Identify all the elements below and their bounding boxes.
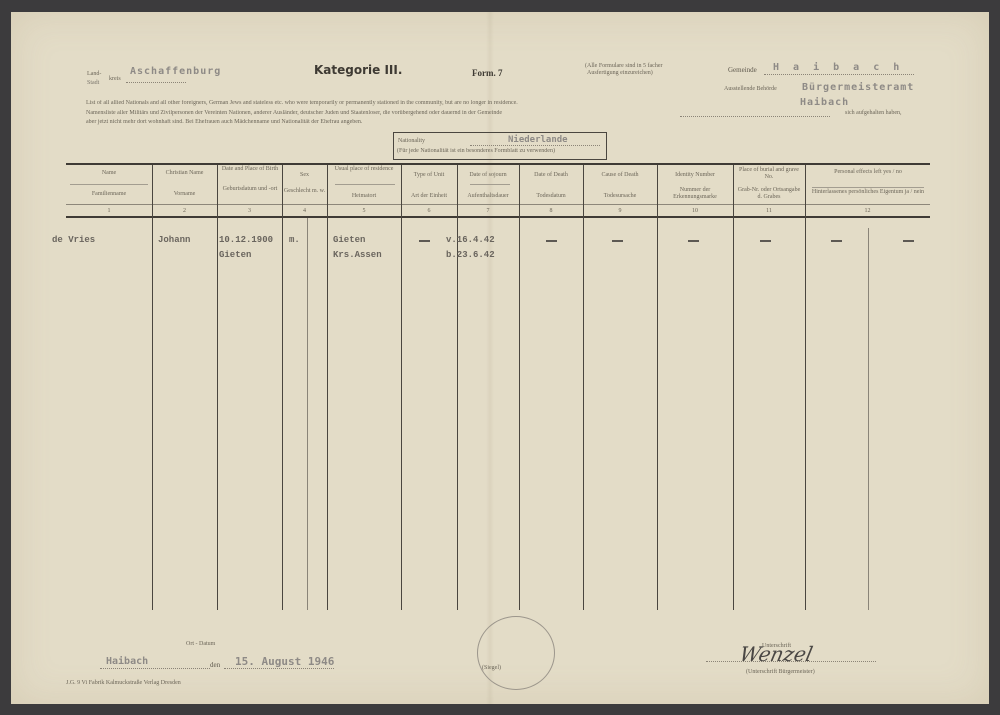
col-2-de: Vorname	[152, 191, 217, 198]
cell-residence-line2: Krs.Assen	[333, 250, 382, 260]
cell-birth-place: Gieten	[219, 250, 251, 260]
form-number: Form. 7	[472, 68, 503, 78]
hdr-subrule-12	[812, 187, 924, 188]
col-sex-split	[307, 218, 308, 610]
col-11-en: Place of burial and grave No.	[738, 167, 800, 181]
col-3-num: 3	[217, 208, 282, 214]
signer-title: (Unterschrift Bürgermeister)	[746, 669, 815, 676]
nationality-box	[393, 132, 607, 160]
table-top-rule	[66, 163, 930, 165]
place-value: Haibach	[106, 656, 148, 667]
col-4-en: Sex	[282, 172, 327, 179]
place-underline	[100, 668, 210, 669]
col-effects-split	[868, 228, 869, 610]
intro-line-3: aber jetzt nicht mehr dort wohnhaft sind…	[86, 119, 646, 126]
col-11-num: 11	[733, 208, 805, 214]
col-2-en: Christian Name	[152, 170, 217, 177]
col-12-num: 12	[805, 208, 930, 214]
col-divider-4	[327, 165, 328, 610]
behoerde-label: Ausstellende Behörde	[724, 86, 777, 93]
cell-name: de Vries	[52, 235, 95, 245]
col-9-de: Todesursache	[583, 193, 657, 200]
signature: Wenzel	[737, 642, 815, 666]
nationality-note: (Für jede Nationalität ist ein besondere…	[397, 148, 603, 155]
gemeinde-value: H a i b a c h	[773, 62, 903, 73]
col-8-en: Date of Death	[519, 172, 583, 179]
intro-underline	[680, 116, 830, 117]
kreis-underline	[126, 82, 186, 83]
col-8-num: 8	[519, 208, 583, 214]
form-note-line1: (Alle Formulare sind in 5 facher	[585, 63, 662, 70]
col-2-num: 2	[152, 208, 217, 214]
col-5-en: Usual place of residence	[330, 166, 398, 173]
col-8-de: Todesdatum	[519, 193, 583, 200]
col-11-de: Grab-Nr. oder Ortsangabe d. Grabes	[736, 187, 802, 201]
cell-burial-dash	[760, 240, 771, 242]
col-divider-9	[657, 165, 658, 610]
official-seal-stamp	[477, 616, 555, 690]
col-1-de: Familienname	[66, 191, 152, 198]
col-7-en: Date of sojourn	[457, 172, 519, 179]
col-5-de: Heimatort	[327, 193, 401, 200]
col-3-de: Geburtsdatum und -ort	[219, 186, 281, 193]
intro-line-2-end: sich aufgehalten haben,	[845, 110, 901, 117]
cell-residence-line1: Gieten	[333, 235, 365, 245]
hdr-subrule-7	[470, 184, 510, 185]
behoerde-value-line2: Haibach	[800, 97, 849, 108]
col-divider-11	[805, 165, 806, 610]
col-divider-10	[733, 165, 734, 610]
col-divider-2	[217, 165, 218, 610]
cell-sex: m.	[289, 235, 300, 245]
hdr-subrule-1	[70, 184, 148, 185]
col-12-en: Personal effects left yes / no	[812, 169, 924, 176]
cell-sojourn-to: b.23.6.42	[446, 250, 495, 260]
cell-unit-dash	[419, 240, 430, 242]
date-underline	[224, 668, 334, 669]
cell-effects-yes-dash	[831, 240, 842, 242]
cell-sojourn-from: v.16.4.42	[446, 235, 495, 245]
gemeinde-label: Gemeinde	[728, 66, 757, 74]
col-10-num: 10	[657, 208, 733, 214]
kreis-label: kreis	[109, 76, 121, 83]
kreis-value: Aschaffenburg	[130, 66, 221, 77]
col-7-de: Aufenthaltsdauer	[457, 193, 519, 200]
date-value: 15. August 1946	[235, 655, 334, 668]
stadt-label: Stadt	[87, 80, 99, 87]
col-6-en: Type of Unit	[401, 172, 457, 179]
col-divider-6	[457, 165, 458, 610]
col-divider-8	[583, 165, 584, 610]
nationality-label: Nationality	[398, 138, 425, 145]
printer-note: J.G. 9 Vi Fabrik Kalmuckstraße Verlag Dr…	[66, 680, 181, 687]
cell-effects-no-dash	[903, 240, 914, 242]
col-divider-7	[519, 165, 520, 610]
nationality-value: Niederlande	[508, 135, 568, 145]
col-9-en: Cause of Death	[583, 172, 657, 179]
gemeinde-underline	[764, 74, 914, 75]
behoerde-value-line1: Bürgermeisteramt	[802, 82, 914, 93]
col-10-de: Nummer der Erkennungsmarke	[660, 187, 730, 201]
seal-label: (Siegel)	[482, 665, 501, 672]
col-divider-1	[152, 165, 153, 610]
col-4-de: Geschlecht m. w.	[283, 188, 326, 195]
cell-identity-dash	[688, 240, 699, 242]
col-1-num: 1	[66, 208, 152, 214]
cell-birth-date: 10.12.1900	[219, 235, 273, 245]
hdr-subrule-5	[335, 184, 395, 185]
table-numbers-rule	[66, 204, 930, 205]
intro-line-2: Namensliste aller Militärs und Zivilpers…	[86, 110, 686, 117]
col-divider-5	[401, 165, 402, 610]
col-12-de: Hinterlassenes persönliches Eigentum ja …	[808, 189, 928, 196]
col-10-en: Identity Number	[657, 172, 733, 179]
land-label: Land-	[87, 71, 101, 78]
cell-christian-name: Johann	[158, 235, 190, 245]
cell-death-date-dash	[546, 240, 557, 242]
den-label: den	[210, 661, 220, 669]
form-title: Kategorie III.	[314, 63, 402, 77]
col-divider-3	[282, 165, 283, 610]
col-6-de: Art der Einheit	[401, 193, 457, 200]
col-4-num: 4	[282, 208, 327, 214]
col-6-num: 6	[401, 208, 457, 214]
table-header-bottom-rule	[66, 216, 930, 218]
col-7-num: 7	[457, 208, 519, 214]
col-3-en: Date and Place of Birth	[219, 166, 281, 173]
form-note-line2: Ausfertigung einzureichen)	[587, 70, 653, 77]
col-1-en: Name	[66, 170, 152, 177]
intro-line-1: List of all allied Nationals and all oth…	[86, 100, 726, 107]
place-date-label: Ort - Datum	[186, 641, 215, 648]
cell-death-cause-dash	[612, 240, 623, 242]
col-5-num: 5	[327, 208, 401, 214]
nationality-underline	[470, 145, 600, 146]
col-9-num: 9	[583, 208, 657, 214]
